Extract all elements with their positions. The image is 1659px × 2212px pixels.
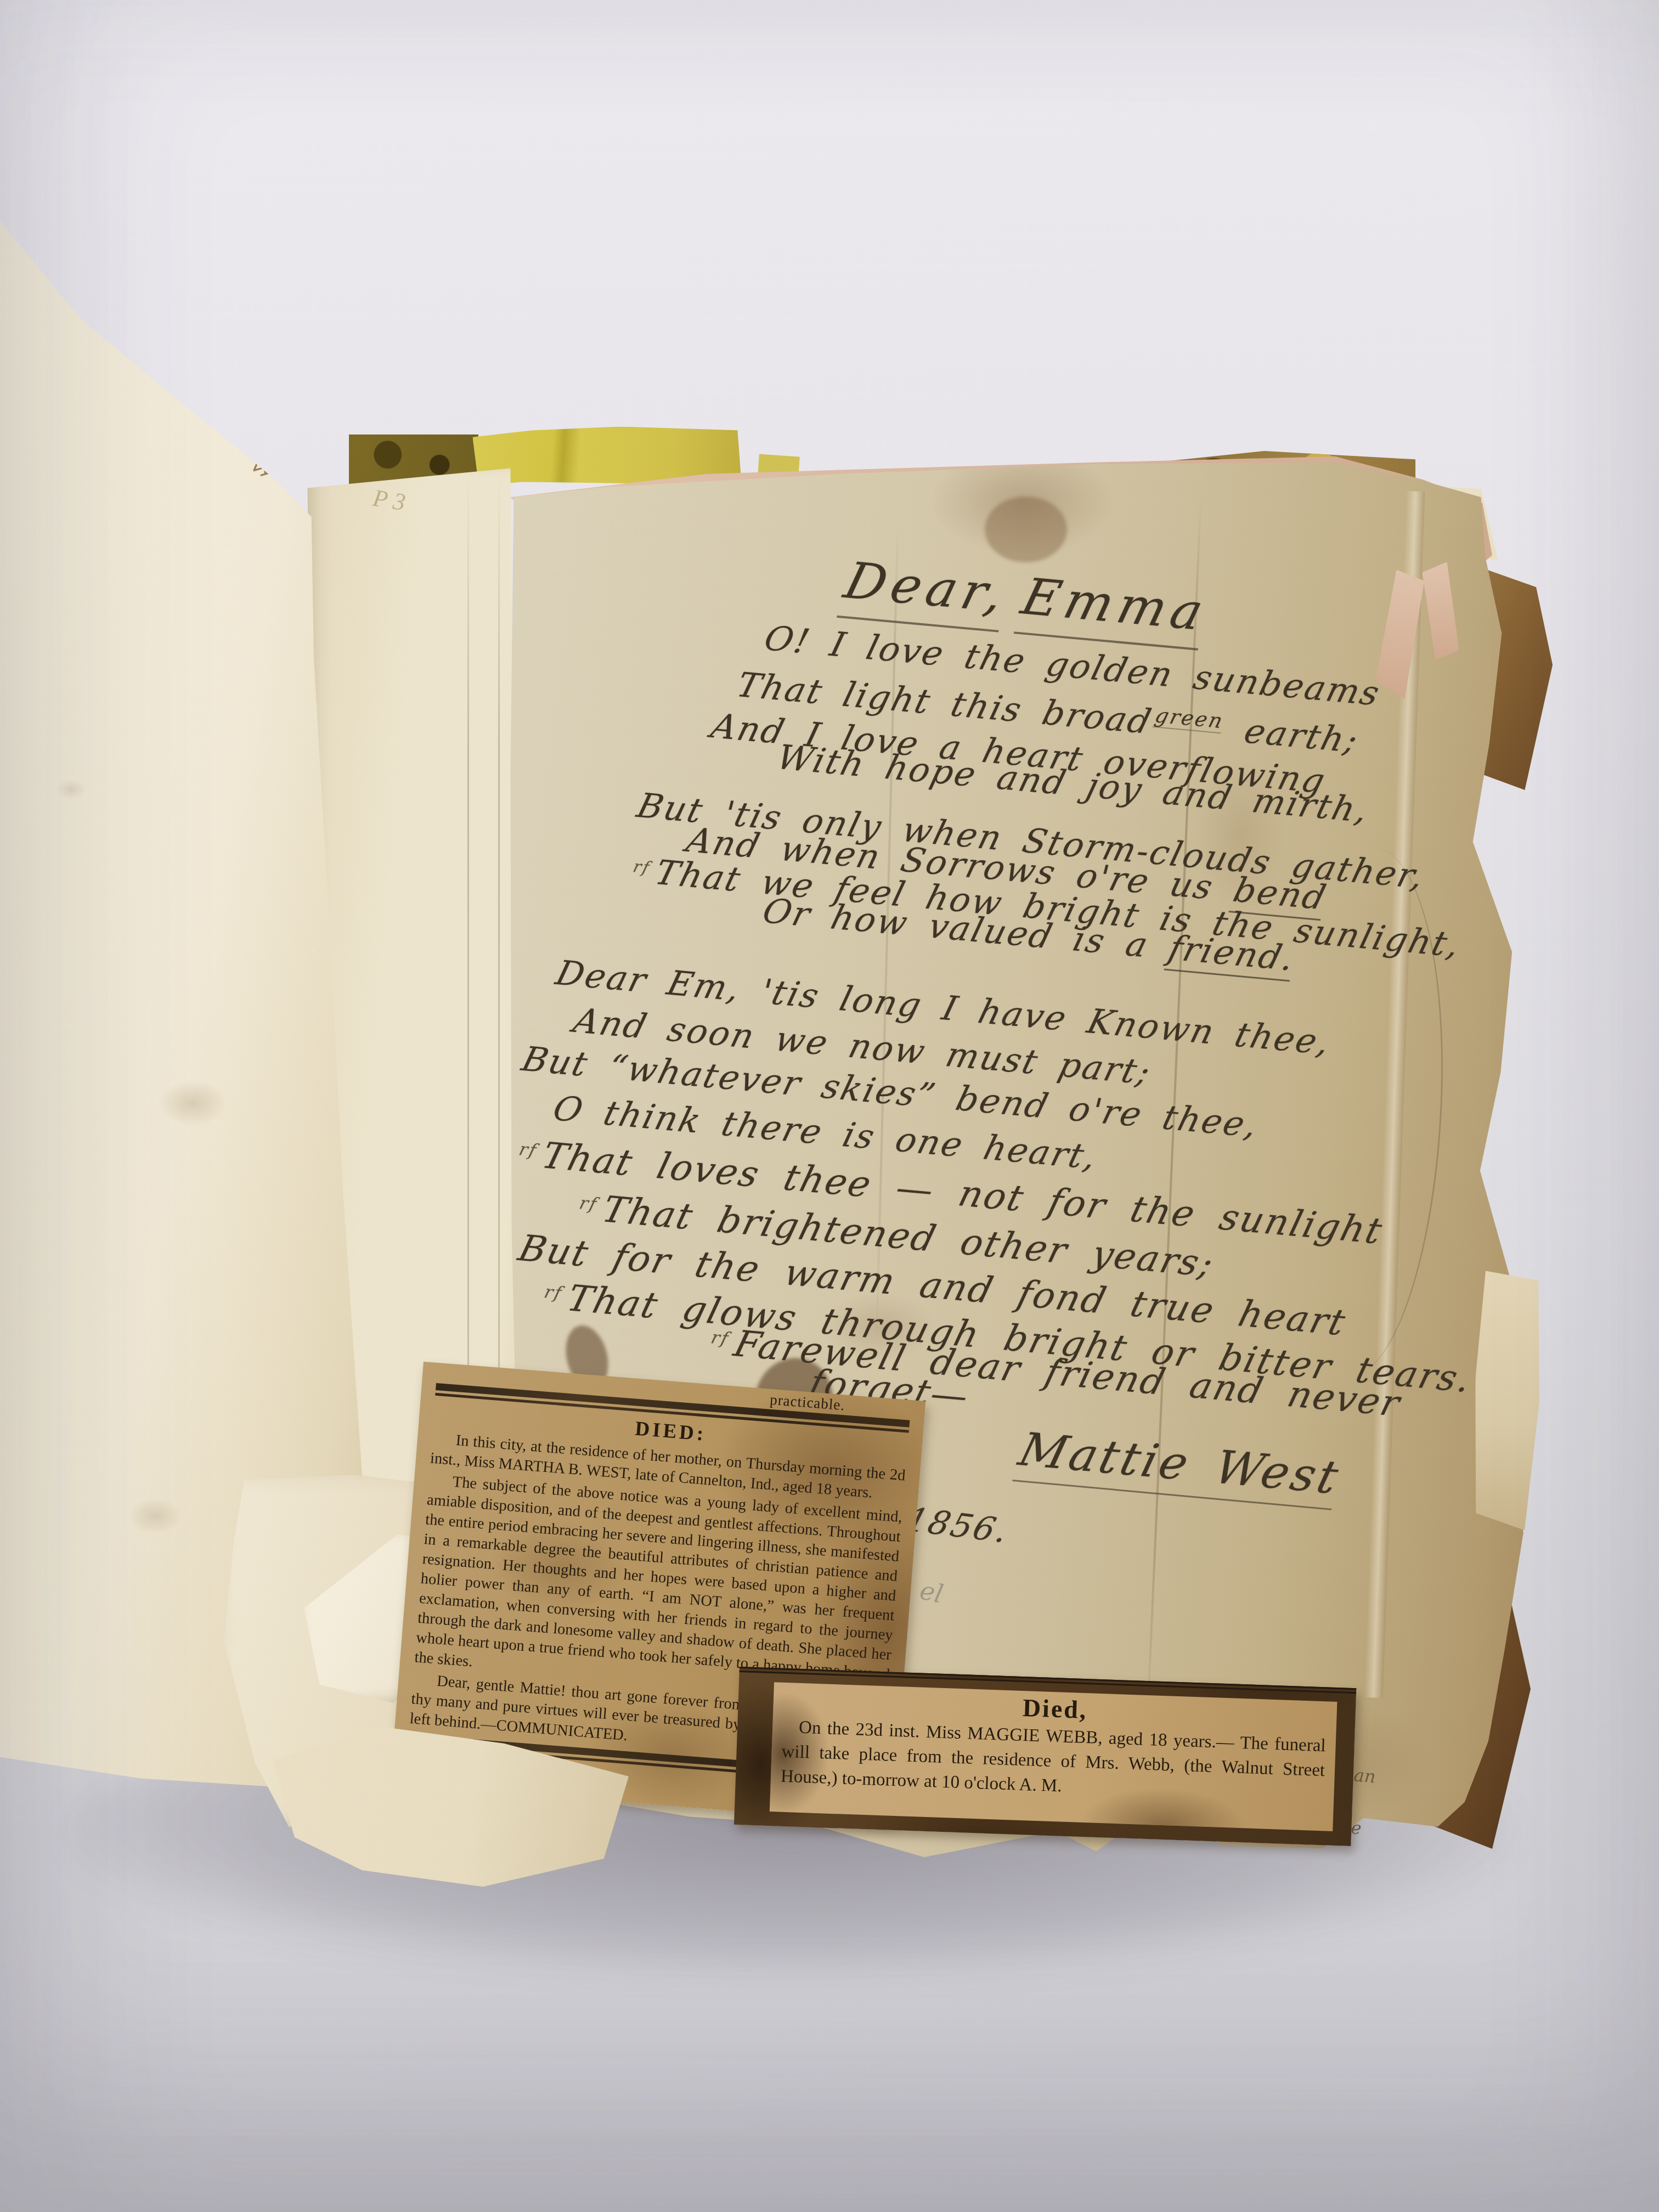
poem-title: Dear,Emma [839,555,1229,641]
glue-smear-top [985,496,1067,562]
edge-fragment: an [1353,1764,1376,1787]
obituary-clipping-maggie-webb: Died, On the 23d inst. Miss MAGGIE WEBB,… [734,1667,1356,1846]
signature: Mattie West [1014,1425,1345,1502]
pencil-mark: el [917,1575,946,1609]
stub-page-mark: P 3 [371,484,407,517]
scrapbook-photo: 68 P 3 44 Dear,Emma O! I love the golden… [0,0,1659,2212]
clipping-inner-panel: Died, On the 23d inst. Miss MAGGIE WEBB,… [770,1682,1338,1831]
